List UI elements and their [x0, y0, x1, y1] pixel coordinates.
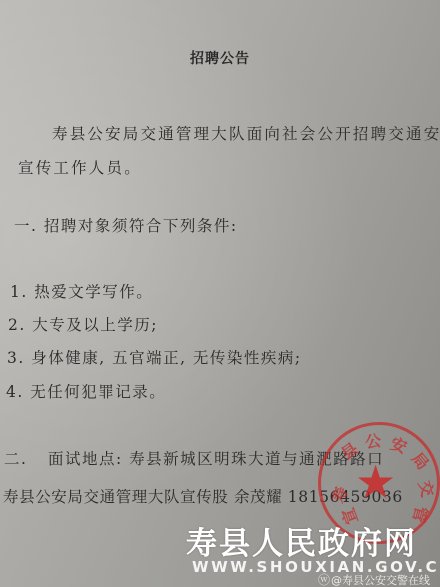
seal-char: 交	[414, 478, 440, 499]
intro-line-2: 宣传工作人员。	[18, 156, 142, 178]
weibo-handle: @寿县公安交警在线	[331, 574, 430, 587]
seal-char: 安	[388, 431, 411, 458]
requirement-item: 1. 热爱文学写作。	[10, 280, 153, 302]
section-1-heading: 一. 招聘对象须符合下列条件:	[14, 214, 238, 236]
requirement-item: 4. 无任何犯罪记录。	[6, 380, 166, 402]
watermark-site-name: 寿县人民政府网	[186, 518, 417, 563]
seal-char: 寿	[325, 483, 352, 506]
contact-department: 寿县公安局交通管理大队宣传股	[3, 488, 228, 506]
seal-char: 公	[363, 428, 382, 453]
requirement-item: 3. 身体健康, 五官端正, 无传染性疾病;	[7, 346, 302, 368]
contact-person: 余茂耀	[234, 488, 282, 506]
star-icon: ★	[355, 459, 396, 505]
weibo-credit: ⓦ@寿县公安交警在线	[318, 571, 430, 587]
requirement-item: 2. 大专及以上学历;	[8, 313, 158, 335]
seal-char: 局	[407, 447, 435, 474]
weibo-icon: ⓦ	[318, 571, 330, 587]
document-title: 招聘公告	[0, 48, 440, 68]
document-photo: 招聘公告 寿县公安局交通管理大队面向社会公开招聘交通安全 宣传工作人员。 一. …	[0, 0, 440, 587]
section-2-label: 二.	[4, 447, 48, 469]
intro-line-1: 寿县公安局交通管理大队面向社会公开招聘交通安全	[52, 122, 440, 144]
